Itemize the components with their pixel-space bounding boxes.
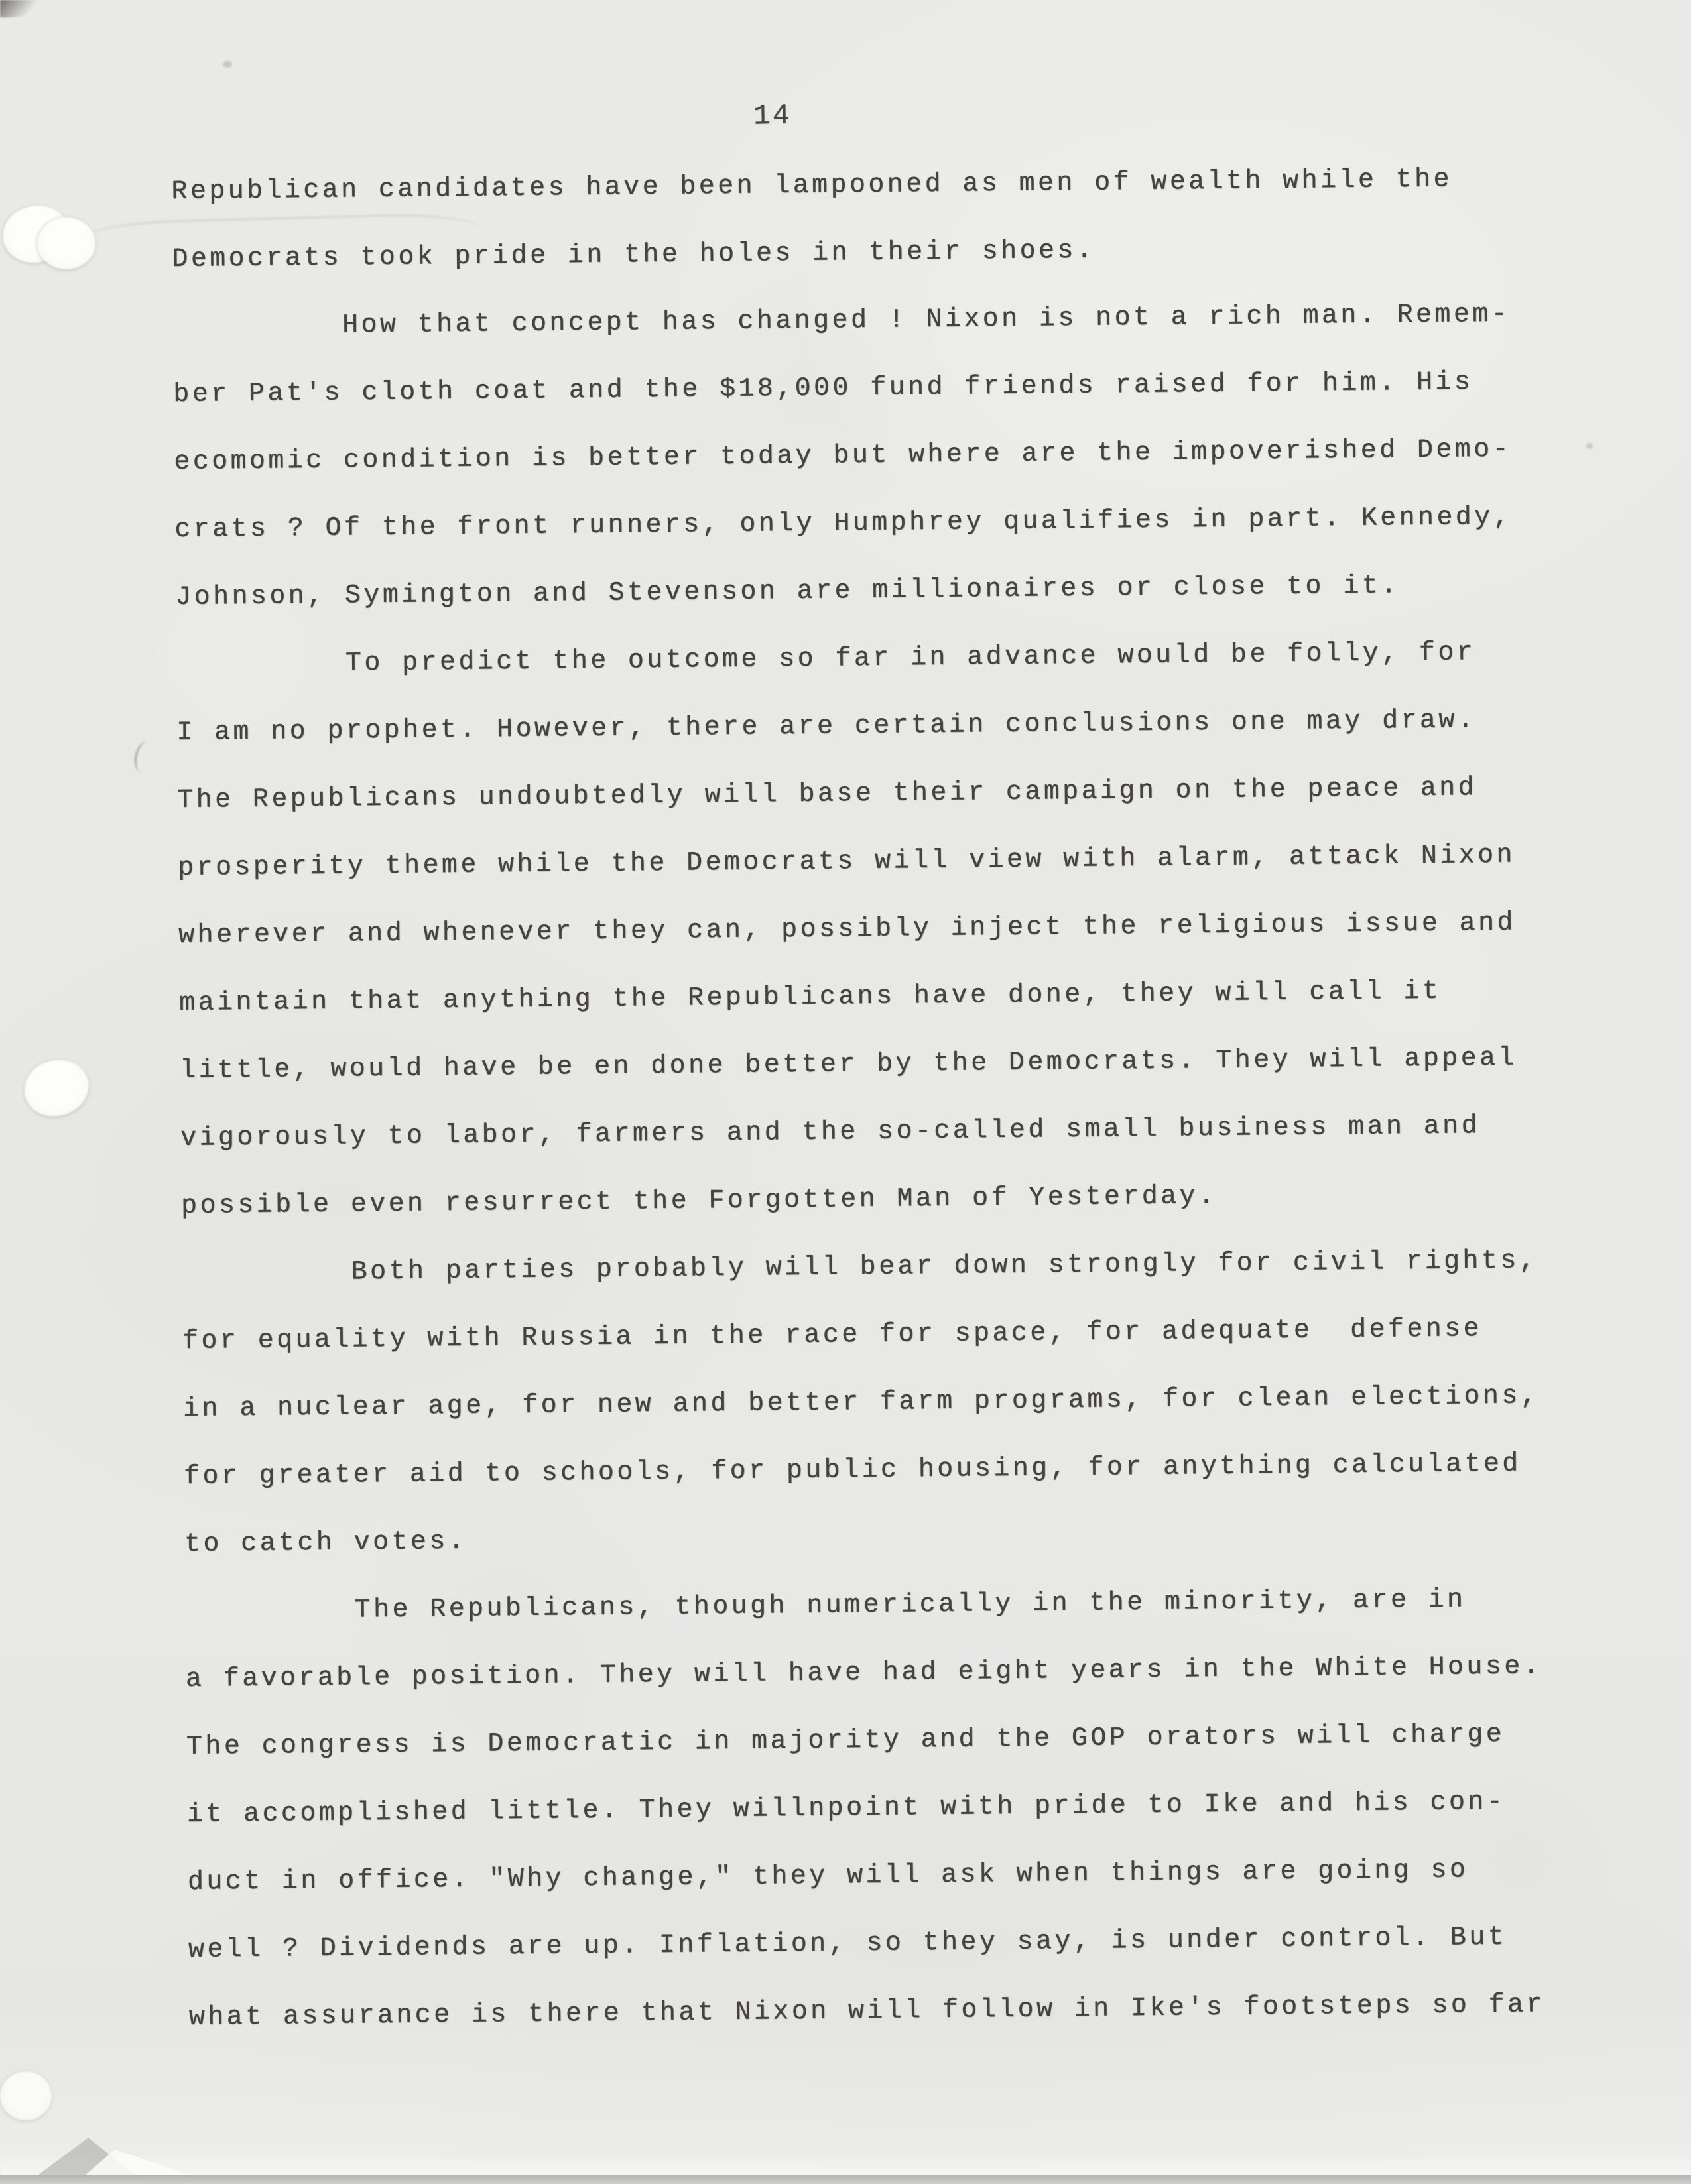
- text-line: vigorously to labor, farmers and the so-…: [180, 1091, 1627, 1173]
- text-line: what assurance is there that Nixon will …: [188, 1971, 1635, 2052]
- text-line: Republican candidates have been lampoone…: [171, 145, 1617, 226]
- text-line: for greater aid to schools, for public h…: [184, 1429, 1630, 1511]
- typewritten-text: Republican candidates have been lampoone…: [171, 145, 1635, 2052]
- paper-speck: [223, 61, 232, 68]
- scan-edge-shadow: [0, 2175, 1691, 2184]
- punch-hole-top: [37, 217, 95, 269]
- text-line: crats ? Of the front runners, only Humph…: [174, 483, 1621, 564]
- page-bottom-edge-highlight: [0, 2152, 1691, 2176]
- punch-hole-bottom: [0, 2071, 52, 2120]
- scanned-page: 14 Republican candidates have been lampo…: [0, 0, 1691, 2184]
- page-number: 14: [753, 99, 792, 133]
